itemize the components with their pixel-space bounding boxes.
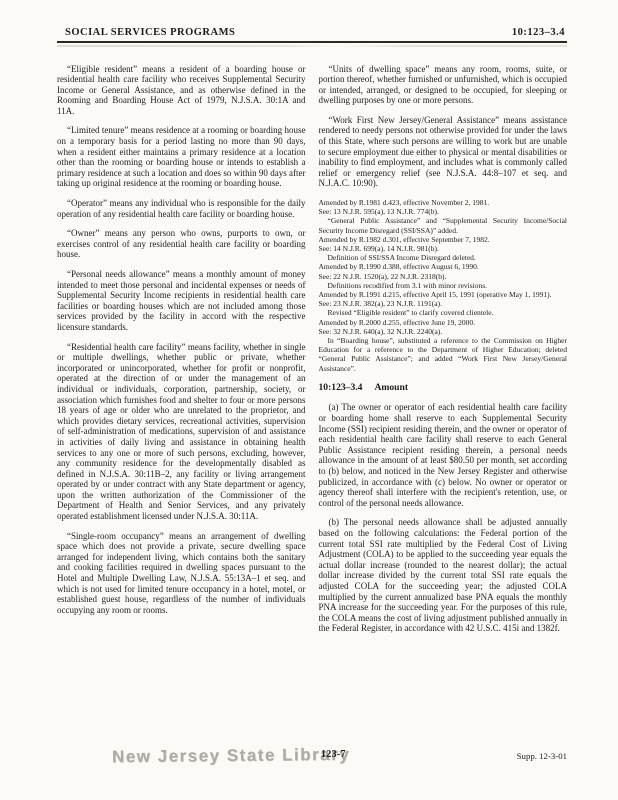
running-head-title: SOCIAL SERVICES PROGRAMS bbox=[65, 27, 235, 38]
amendment-history-notes: Amended by R.1981 d.423, effective Novem… bbox=[319, 198, 568, 373]
document-page: SOCIAL SERVICES PROGRAMS 10:123–3.4 “Eli… bbox=[0, 0, 618, 800]
history-note: See: 23 N.J.R. 382(a), 23 N.J.R. 1191(a)… bbox=[319, 299, 568, 308]
running-header: SOCIAL SERVICES PROGRAMS 10:123–3.4 bbox=[57, 27, 567, 43]
supplement-date: Supp. 12-3-01 bbox=[517, 751, 567, 761]
history-note: See: 14 N.J.R. 699(a), 14 N.J.R. 981(b). bbox=[319, 244, 568, 253]
running-head-section-ref: 10:123–3.4 bbox=[512, 27, 565, 38]
left-column: “Eligible resident” means a resident of … bbox=[57, 64, 306, 643]
history-note: Amended by R.1991 d.215, effective April… bbox=[319, 290, 568, 299]
definition-paragraph: “Work First New Jersey/General Assistanc… bbox=[319, 115, 568, 189]
library-stamp-watermark: New Jersey State Library bbox=[112, 745, 350, 767]
history-note: Amended by R.1990 d.388, effective Augus… bbox=[319, 262, 568, 271]
header-rule-shadow bbox=[57, 45, 567, 47]
history-note: Amended by R.1981 d.423, effective Novem… bbox=[319, 198, 568, 207]
rule-paragraph: (b) The personal needs allowance shall b… bbox=[319, 517, 568, 634]
section-title: Amount bbox=[374, 382, 408, 393]
right-column-definitions: “Units of dwelling space” means any room… bbox=[319, 64, 568, 190]
section-heading: 10:123–3.4Amount bbox=[319, 383, 568, 394]
history-note: Revised “Eligible resident” to clarify c… bbox=[319, 308, 568, 317]
right-column: “Units of dwelling space” means any room… bbox=[319, 64, 568, 643]
definition-paragraph: “Units of dwelling space” means any room… bbox=[319, 64, 568, 106]
history-note: Amended by R.1982 d.301, effective Septe… bbox=[319, 235, 568, 244]
section-number: 10:123–3.4 bbox=[319, 382, 363, 393]
history-note: See: 13 N.J.R. 595(a), 13 N.J.R. 774(b). bbox=[319, 207, 568, 216]
definition-paragraph: “Personal needs allowance” means a month… bbox=[57, 269, 306, 333]
definition-paragraph: “Limited tenure” means residence at a ro… bbox=[57, 125, 306, 189]
definition-paragraph: “Residential health care facility” means… bbox=[57, 342, 306, 522]
definition-paragraph: “Eligible resident” means a resident of … bbox=[57, 64, 306, 117]
history-note: Definitions recodified from 3.1 with min… bbox=[319, 281, 568, 290]
definition-paragraph: “Operator” means any individual who is r… bbox=[57, 198, 306, 219]
section-body: (a) The owner or operator of each reside… bbox=[319, 402, 568, 633]
history-note: “General Public Assistance” and “Supplem… bbox=[319, 216, 568, 234]
two-column-body: “Eligible resident” means a resident of … bbox=[57, 64, 567, 643]
rule-paragraph: (a) The owner or operator of each reside… bbox=[319, 402, 568, 508]
history-note: In “Boarding house”, substituted a refer… bbox=[319, 336, 568, 373]
history-note: See: 32 N.J.R. 640(a), 32 N.J.R. 2240(a)… bbox=[319, 327, 568, 336]
definition-paragraph: “Single-room occupancy” means an arrange… bbox=[57, 531, 306, 616]
page-footer: New Jersey State Library 123-7 Supp. 12-… bbox=[0, 742, 618, 782]
page-number: 123-7 bbox=[321, 749, 346, 760]
definition-paragraph: “Owner” means any person who owns, purpo… bbox=[57, 228, 306, 260]
history-note: Definition of SSI/SSA Income Disregard d… bbox=[319, 253, 568, 262]
history-note: Amended by R.2000 d.255, effective June … bbox=[319, 318, 568, 327]
history-note: See: 22 N.J.R. 1520(a), 22 N.J.R. 2318(b… bbox=[319, 272, 568, 281]
